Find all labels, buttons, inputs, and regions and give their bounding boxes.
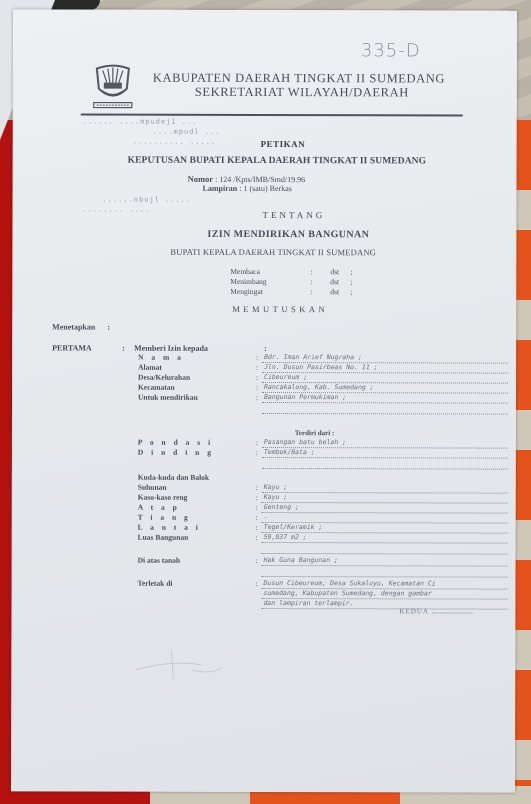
faint-stamp-bleedthrough <box>131 640 231 690</box>
decree-number: Nomor : 124 /Kpts/IMB/Smd/19.96 <box>188 174 306 184</box>
attachment-line: Lampiran : 1 (satu) Berkas <box>203 184 292 193</box>
considerations: Membaca:dst; Menimbang:dst; Mengingat:ds… <box>230 267 352 297</box>
consideration-row: Mengingat:dst; <box>230 287 352 297</box>
nomor-value: : 124 /Kpts/IMB/Smd/19.96 <box>215 175 305 184</box>
applicant-fields: N a m a:Bdr. Iman Arief Nugraha ; Alamat… <box>138 353 508 415</box>
blank-line <box>262 566 508 578</box>
decree-title: KEPUTUSAN BUPATI KEPALA DAERAH TINGKAT I… <box>128 156 427 167</box>
blank-line <box>262 403 508 415</box>
handwritten-number: 335-D <box>361 40 421 61</box>
sumedang-crest-icon <box>93 63 133 111</box>
blank-line <box>262 543 508 555</box>
continued-next-page: KEDUA <box>399 607 472 615</box>
field-row: Untuk mendirikan:Bangunan Permukiman ; <box>138 393 508 404</box>
field-row: Luas Bangunan:59,037 m2 ; <box>138 533 508 544</box>
header-secretariat: SEKRETARIAT WILAYAH/DAERAH <box>195 85 409 101</box>
tentang-heading: TENTANG <box>262 210 325 220</box>
bleedthrough-text: ......nbujl ..... <box>103 196 192 204</box>
field-row: D i n d i n g:Tembok/Bata ; <box>138 448 508 459</box>
terdiri-dari-label: Terdiri dari : <box>295 429 334 437</box>
header-rule <box>81 114 463 117</box>
pertama-clause: PERTAMA : Memberi Izin kepada : <box>52 343 267 353</box>
document-page: 335-D KABUPATEN DAERAH TINGKAT II SUMEDA… <box>11 9 517 792</box>
blank-line <box>262 458 508 470</box>
consideration-row: Menimbang:dst; <box>230 277 352 287</box>
petikan-label: PETIKAN <box>261 139 306 149</box>
lampiran-label: Lampiran <box>203 184 238 193</box>
bleedthrough-text: .......... ..... <box>133 138 216 146</box>
menetapkan-label: Menetapkan : <box>52 322 110 331</box>
bleedthrough-text: ....mpudl ... <box>153 128 221 136</box>
consideration-row: Membaca:dst; <box>230 267 352 277</box>
authority-heading: BUPATI KEPALA DAERAH TINGKAT II SUMEDANG <box>170 247 376 258</box>
bleedthrough-text: ........ .... <box>82 206 150 214</box>
nomor-label: Nomor <box>188 174 214 184</box>
field-row: Di atas tanah:Hak Guna Bangunan ; <box>138 556 508 567</box>
construction-fields: P o n d a s i:Pasangan batu belah ; D i … <box>137 438 507 610</box>
bleedthrough-text: ...... ....mpudej1 ... <box>83 118 198 126</box>
lampiran-value: : 1 (satu) Berkas <box>239 184 292 193</box>
subject-heading: IZIN MENDIRIKAN BANGUNAN <box>207 229 369 240</box>
memutuskan-heading: MEMUTUSKAN <box>232 304 328 314</box>
